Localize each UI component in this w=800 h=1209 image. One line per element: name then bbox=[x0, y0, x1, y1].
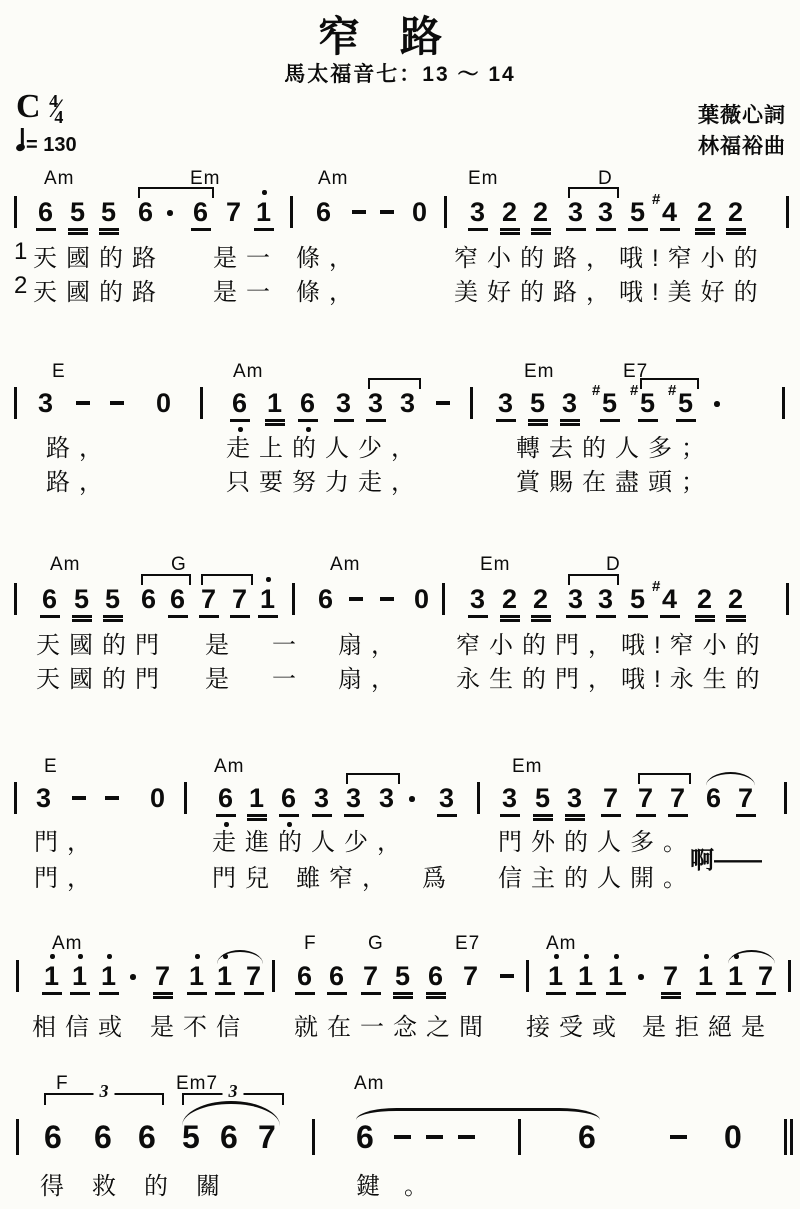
note-digit: 3 bbox=[379, 784, 394, 812]
underline-beam bbox=[393, 996, 413, 999]
underline-beam bbox=[531, 619, 551, 622]
lyric-segment: 賞賜在盡頭； bbox=[516, 462, 714, 497]
digit-glyph: 1 bbox=[728, 962, 743, 990]
digit-glyph: 7 bbox=[670, 784, 685, 812]
note-digit: 1 bbox=[267, 389, 282, 417]
underline-beam bbox=[726, 992, 746, 995]
note-digit: 7 bbox=[232, 585, 247, 613]
note-digit: 3 bbox=[38, 389, 53, 417]
underline-beam bbox=[600, 419, 620, 422]
lyric-segment: 鍵 bbox=[356, 1166, 389, 1201]
note-digit: 0 bbox=[156, 389, 171, 417]
note-digit: 3 bbox=[470, 585, 485, 613]
note-digit: 6 bbox=[170, 585, 185, 613]
lyric-segment: 雖窄， bbox=[296, 858, 395, 893]
digit-glyph: 3 bbox=[562, 389, 577, 417]
tie-bracket bbox=[368, 378, 421, 389]
lyric-segment: 就在一念之間 bbox=[294, 1007, 492, 1042]
barline bbox=[312, 1119, 315, 1155]
underline-beam bbox=[68, 232, 88, 235]
underline-beam bbox=[576, 992, 596, 995]
lyric-segment: 美好的路，哦!美好的 bbox=[454, 272, 767, 307]
lyric-segment: 天國的門 bbox=[36, 659, 168, 694]
barline bbox=[470, 387, 473, 419]
underline-beam bbox=[560, 419, 580, 422]
lyric-line: 相信或是不信就在一念之間接受或是拒絕是 bbox=[0, 1007, 800, 1039]
note-digit: 2 bbox=[728, 198, 743, 226]
note-digit: 3 bbox=[502, 784, 517, 812]
underline-beam bbox=[265, 419, 285, 422]
digit-glyph: 6 bbox=[44, 1121, 62, 1153]
note-digit: 2 bbox=[533, 198, 548, 226]
sharp-icon: # bbox=[630, 382, 638, 399]
tie-bracket bbox=[201, 574, 253, 585]
digit-glyph: 3 bbox=[567, 784, 582, 812]
digit-glyph: 1 bbox=[249, 784, 264, 812]
dash-extension bbox=[72, 796, 86, 800]
tie-arc bbox=[728, 950, 775, 964]
note-digit: 7 bbox=[603, 784, 618, 812]
chord-label: Em bbox=[480, 554, 511, 576]
digit-glyph: 6 bbox=[94, 1121, 112, 1153]
digit-glyph: 5 bbox=[630, 585, 645, 613]
note-digit: 7 bbox=[738, 784, 753, 812]
note-digit: #5 bbox=[640, 389, 655, 417]
note-digit: 6 bbox=[138, 198, 153, 226]
digit-glyph: 5 bbox=[630, 198, 645, 226]
digit-glyph: 2 bbox=[697, 198, 712, 226]
underline-beam bbox=[756, 992, 776, 995]
digit-glyph: 7 bbox=[363, 962, 378, 990]
digit-glyph: 6 bbox=[138, 1121, 156, 1153]
underline-beam bbox=[327, 992, 347, 995]
note-digit: 2 bbox=[697, 198, 712, 226]
lyric-line: 門，走進的人少，門外的人多。 bbox=[0, 822, 800, 854]
note-digit: 0 bbox=[414, 585, 429, 613]
lyric-segment: 。 bbox=[404, 1166, 437, 1201]
lyric-segment: 扇， bbox=[338, 625, 404, 660]
underline-beam bbox=[191, 228, 211, 231]
lyric-segment: 扇， bbox=[338, 659, 404, 694]
note-digit: 1 bbox=[217, 962, 232, 990]
chord-label: Em bbox=[524, 361, 555, 383]
underline-beam bbox=[660, 615, 680, 618]
octave-dot-high bbox=[704, 954, 709, 959]
chord-label: Em7 bbox=[176, 1073, 218, 1095]
note-digit: 3 bbox=[346, 784, 361, 812]
note-digit: 1 bbox=[249, 784, 264, 812]
underline-beam bbox=[500, 619, 520, 622]
barline bbox=[784, 782, 787, 814]
octave-dot-high bbox=[195, 954, 200, 959]
sharp-icon: # bbox=[652, 578, 660, 595]
lyric-segment: 天國的路 bbox=[33, 272, 165, 307]
tie-arc bbox=[356, 1108, 600, 1120]
underline-beam bbox=[500, 228, 520, 231]
digit-glyph: 6 bbox=[297, 962, 312, 990]
digit-glyph: 6 bbox=[706, 784, 721, 812]
notation-row: 66656766033 bbox=[0, 1121, 800, 1161]
note-digit: 7 bbox=[463, 962, 478, 990]
underline-beam bbox=[695, 232, 715, 235]
note-digit: 7 bbox=[246, 962, 261, 990]
digit-glyph: 6 bbox=[42, 585, 57, 613]
underline-beam bbox=[736, 814, 756, 817]
chord-label: Am bbox=[354, 1073, 385, 1095]
digit-glyph: 1 bbox=[698, 962, 713, 990]
chord-label: Am bbox=[214, 756, 245, 778]
digit-glyph: 1 bbox=[548, 962, 563, 990]
note-digit: 3 bbox=[439, 784, 454, 812]
key-time-signature: C 4⁄4 bbox=[16, 88, 63, 126]
lyric-segment: 窄小的路，哦!窄小的 bbox=[454, 238, 767, 273]
digit-glyph: 6 bbox=[141, 585, 156, 613]
underline-beam bbox=[70, 992, 90, 995]
note-digit: 7 bbox=[226, 198, 241, 226]
note-digit: #4 bbox=[662, 585, 677, 613]
underline-beam bbox=[187, 992, 207, 995]
lyric-segment: 是拒絕是 bbox=[642, 1007, 774, 1042]
tie-bracket bbox=[568, 187, 619, 198]
digit-glyph: 1 bbox=[72, 962, 87, 990]
note-digit: 7 bbox=[638, 784, 653, 812]
lyric-segment: 是 bbox=[205, 659, 238, 694]
note-digit: 2 bbox=[502, 198, 517, 226]
lyric-line: 1.天國的路是一條，窄小的路，哦!窄小的 bbox=[0, 238, 800, 270]
underline-beam bbox=[636, 814, 656, 817]
digit-glyph: 7 bbox=[201, 585, 216, 613]
notation-row: 30616333353#5#5#5 bbox=[0, 389, 800, 429]
underline-beam bbox=[99, 992, 119, 995]
note-digit: 6 bbox=[356, 1121, 374, 1153]
note-digit: 1 bbox=[698, 962, 713, 990]
barline bbox=[200, 387, 203, 419]
digit-glyph: 6 bbox=[38, 198, 53, 226]
quarter-note-icon bbox=[15, 143, 26, 152]
digit-glyph: 3 bbox=[470, 585, 485, 613]
underline-beam bbox=[496, 419, 516, 422]
note-digit: 3 bbox=[36, 784, 51, 812]
barline bbox=[444, 196, 447, 228]
sharp-icon: # bbox=[652, 191, 660, 208]
digit-glyph: 3 bbox=[470, 198, 485, 226]
digit-glyph: 2 bbox=[502, 198, 517, 226]
underline-beam bbox=[72, 619, 92, 622]
tie-arc bbox=[217, 950, 263, 964]
note-digit: 5 bbox=[105, 585, 120, 613]
barline bbox=[184, 782, 187, 814]
final-barline bbox=[784, 1119, 793, 1155]
digit-glyph: 3 bbox=[368, 389, 383, 417]
barline bbox=[477, 782, 480, 814]
digit-glyph: 3 bbox=[568, 198, 583, 226]
digit-glyph: 6 bbox=[318, 585, 333, 613]
digit-glyph: 3 bbox=[598, 198, 613, 226]
lyric-segment: 轉去的人多； bbox=[516, 428, 714, 463]
note-digit: 3 bbox=[470, 198, 485, 226]
underline-beam bbox=[168, 615, 188, 618]
note-digit: 7 bbox=[758, 962, 773, 990]
underline-beam bbox=[500, 615, 520, 618]
digit-glyph: 3 bbox=[38, 389, 53, 417]
digit-glyph: 5 bbox=[395, 962, 410, 990]
digit-glyph: 2 bbox=[533, 585, 548, 613]
underline-beam bbox=[244, 992, 264, 995]
digit-glyph: 2 bbox=[697, 585, 712, 613]
credits: 葉薇心詞 林福裕曲 bbox=[698, 100, 786, 162]
note-digit: 6 bbox=[141, 585, 156, 613]
note-digit: 6 bbox=[318, 585, 333, 613]
digit-glyph: 7 bbox=[246, 962, 261, 990]
digit-glyph: 1 bbox=[256, 198, 271, 226]
underline-beam bbox=[726, 619, 746, 622]
chord-label: Am bbox=[52, 933, 83, 955]
augmentation-dot bbox=[167, 210, 173, 216]
underline-beam bbox=[279, 814, 299, 817]
note-digit: 7 bbox=[201, 585, 216, 613]
lyric-segment: 門兒 bbox=[212, 858, 278, 893]
underline-beam bbox=[42, 992, 62, 995]
digit-glyph: 3 bbox=[400, 389, 415, 417]
note-digit: 6 bbox=[281, 784, 296, 812]
lyric-segment: 永生的門，哦!永生的 bbox=[456, 659, 769, 694]
underline-beam bbox=[531, 615, 551, 618]
note-digit: 3 bbox=[568, 198, 583, 226]
lyric-line: 天國的門是一扇，窄小的門，哦!窄小的 bbox=[0, 625, 800, 657]
digit-glyph: 3 bbox=[336, 389, 351, 417]
octave-dot-high bbox=[554, 954, 559, 959]
underline-beam bbox=[601, 814, 621, 817]
tie-arc bbox=[706, 772, 755, 786]
digit-glyph: 6 bbox=[578, 1121, 596, 1153]
note-digit: 3 bbox=[598, 585, 613, 613]
digit-glyph: 3 bbox=[346, 784, 361, 812]
underline-beam bbox=[153, 996, 173, 999]
underline-beam bbox=[560, 423, 580, 426]
barline bbox=[14, 387, 17, 419]
lyric-segment: 門， bbox=[34, 822, 100, 857]
lyric-segment: 相信或 bbox=[32, 1007, 131, 1042]
tie-bracket bbox=[568, 574, 619, 585]
digit-glyph: 1 bbox=[189, 962, 204, 990]
note-digit: 7 bbox=[363, 962, 378, 990]
digit-glyph: 7 bbox=[663, 962, 678, 990]
note-digit: 6 bbox=[316, 198, 331, 226]
triplet-bracket: 3 bbox=[44, 1093, 164, 1105]
octave-dot-high bbox=[584, 954, 589, 959]
notation-row: 11171176675671117117 bbox=[0, 962, 800, 1002]
digit-glyph: 2 bbox=[533, 198, 548, 226]
barline bbox=[16, 1119, 19, 1155]
note-digit: 2 bbox=[697, 585, 712, 613]
digit-glyph: 1 bbox=[608, 962, 623, 990]
underline-beam bbox=[68, 228, 88, 231]
digit-glyph: 3 bbox=[439, 784, 454, 812]
underline-beam bbox=[437, 814, 457, 817]
lyric-line: 2.天國的路是一條，美好的路，哦!美好的 bbox=[0, 272, 800, 304]
note-digit: #4 bbox=[662, 198, 677, 226]
underline-beam bbox=[546, 992, 566, 995]
lyric-annotation: 啊—— bbox=[690, 840, 762, 875]
note-digit: 6 bbox=[428, 962, 443, 990]
digit-glyph: 0 bbox=[724, 1121, 742, 1153]
note-digit: 6 bbox=[94, 1121, 112, 1153]
underline-beam bbox=[695, 619, 715, 622]
barline bbox=[782, 387, 785, 419]
barline bbox=[518, 1119, 521, 1155]
lyric-segment: 是不信 bbox=[150, 1007, 249, 1042]
augmentation-dot bbox=[409, 796, 415, 802]
underline-beam bbox=[638, 419, 658, 422]
note-digit: 1 bbox=[260, 585, 275, 613]
underline-beam bbox=[596, 228, 616, 231]
underline-beam bbox=[36, 228, 56, 231]
underline-beam bbox=[668, 814, 688, 817]
underline-beam bbox=[500, 232, 520, 235]
underline-beam bbox=[40, 615, 60, 618]
lyric-line: 門，門兒雖窄，爲信主的人開。 bbox=[0, 858, 800, 890]
note-digit: 5 bbox=[395, 962, 410, 990]
underline-beam bbox=[230, 615, 250, 618]
chord-label: Am bbox=[50, 554, 81, 576]
note-digit: 6 bbox=[300, 389, 315, 417]
tie-bracket bbox=[141, 574, 191, 585]
octave-dot-high bbox=[262, 190, 267, 195]
digit-glyph: 5 bbox=[70, 198, 85, 226]
note-digit: 3 bbox=[562, 389, 577, 417]
note-digit: 1 bbox=[189, 962, 204, 990]
underline-beam bbox=[258, 615, 278, 618]
tie-bracket bbox=[346, 773, 400, 784]
chord-label: G bbox=[171, 554, 187, 576]
lyric-segment: 爲 bbox=[422, 858, 455, 893]
digit-glyph: 0 bbox=[414, 585, 429, 613]
chord-label: Am bbox=[318, 168, 349, 190]
underline-beam bbox=[528, 419, 548, 422]
note-digit: 6 bbox=[193, 198, 208, 226]
underline-beam bbox=[426, 992, 446, 995]
chord-label: G bbox=[368, 933, 384, 955]
underline-beam bbox=[695, 228, 715, 231]
underline-beam bbox=[726, 615, 746, 618]
underline-beam bbox=[361, 992, 381, 995]
digit-glyph: 6 bbox=[329, 962, 344, 990]
digit-glyph: 7 bbox=[603, 784, 618, 812]
underline-beam bbox=[72, 615, 92, 618]
underline-beam bbox=[596, 615, 616, 618]
underline-beam bbox=[426, 996, 446, 999]
barline bbox=[14, 782, 17, 814]
underline-beam bbox=[366, 419, 386, 422]
underline-beam bbox=[695, 615, 715, 618]
digit-glyph: 5 bbox=[535, 784, 550, 812]
lyric-segment: 門， bbox=[34, 858, 100, 893]
lyric-segment: 天國的門 bbox=[36, 625, 168, 660]
underline-beam bbox=[566, 228, 586, 231]
lyric-segment: 接受或 bbox=[526, 1007, 625, 1042]
note-digit: #5 bbox=[602, 389, 617, 417]
tie-bracket bbox=[638, 773, 691, 784]
composer: 林福裕曲 bbox=[698, 131, 786, 162]
underline-beam bbox=[247, 814, 267, 817]
digit-glyph: 7 bbox=[738, 784, 753, 812]
underline-beam bbox=[298, 419, 318, 422]
triplet-number: 3 bbox=[94, 1081, 115, 1102]
lyric-segment: 信主的人開。 bbox=[498, 858, 696, 893]
note-digit: 2 bbox=[533, 585, 548, 613]
note-digit: 1 bbox=[44, 962, 59, 990]
underline-beam bbox=[265, 423, 285, 426]
lyric-segment: 是 bbox=[205, 625, 238, 660]
underline-beam bbox=[230, 419, 250, 422]
lyric-segment: 路， bbox=[46, 462, 112, 497]
underline-beam bbox=[566, 615, 586, 618]
underline-beam bbox=[531, 232, 551, 235]
note-digit: 6 bbox=[38, 198, 53, 226]
underline-beam bbox=[468, 228, 488, 231]
digit-glyph: 3 bbox=[598, 585, 613, 613]
underline-beam bbox=[696, 992, 716, 995]
chord-label: Am bbox=[330, 554, 361, 576]
underline-beam bbox=[312, 814, 332, 817]
dash-extension bbox=[349, 597, 363, 601]
barline bbox=[786, 196, 789, 228]
chord-label: Em bbox=[512, 756, 543, 778]
lyric-segment: 路， bbox=[46, 428, 112, 463]
digit-glyph: 3 bbox=[498, 389, 513, 417]
dash-extension bbox=[105, 796, 119, 800]
underline-beam bbox=[565, 814, 585, 817]
lyric-segment: 走上的人少， bbox=[226, 428, 424, 463]
chord-label: E bbox=[44, 756, 58, 778]
lyric-segment: 走進的人少， bbox=[212, 822, 410, 857]
lyric-line: 得救的關鍵。 bbox=[0, 1166, 800, 1198]
lyric-segment: 條， bbox=[296, 238, 362, 273]
song-title: 窄路 bbox=[0, 4, 800, 64]
underline-beam bbox=[500, 814, 520, 817]
note-digit: 5 bbox=[535, 784, 550, 812]
note-digit: 5 bbox=[74, 585, 89, 613]
lyric-line: 路，只要努力走，賞賜在盡頭； bbox=[0, 462, 800, 494]
dash-extension bbox=[76, 401, 90, 405]
underline-beam bbox=[661, 996, 681, 999]
underline-beam bbox=[726, 232, 746, 235]
digit-glyph: 5 bbox=[602, 389, 617, 417]
underline-beam bbox=[726, 228, 746, 231]
digit-glyph: 3 bbox=[314, 784, 329, 812]
underline-beam bbox=[216, 814, 236, 817]
lyric-segment: 一 bbox=[272, 659, 305, 694]
underline-beam bbox=[215, 992, 235, 995]
dash-extension bbox=[380, 210, 394, 214]
underline-beam bbox=[99, 228, 119, 231]
digit-glyph: 1 bbox=[260, 585, 275, 613]
octave-dot-high bbox=[50, 954, 55, 959]
digit-glyph: 0 bbox=[150, 784, 165, 812]
note-digit: 0 bbox=[150, 784, 165, 812]
lyric-segment: 一 bbox=[272, 625, 305, 660]
digit-glyph: 6 bbox=[428, 962, 443, 990]
note-digit: 3 bbox=[314, 784, 329, 812]
digit-glyph: 5 bbox=[530, 389, 545, 417]
barline bbox=[526, 960, 529, 992]
note-digit: 6 bbox=[578, 1121, 596, 1153]
dash-extension bbox=[110, 401, 124, 405]
octave-dot-high bbox=[266, 577, 271, 582]
note-digit: 7 bbox=[670, 784, 685, 812]
digit-glyph: 2 bbox=[728, 198, 743, 226]
note-digit: 6 bbox=[706, 784, 721, 812]
